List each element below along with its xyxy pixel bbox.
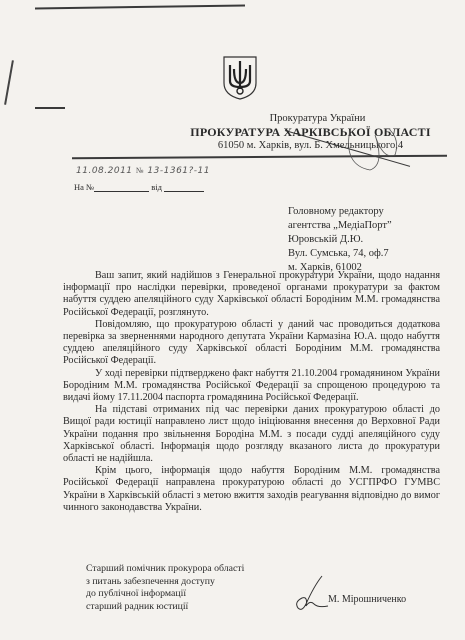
- signatory-title-line: з питань забезпечення доступу: [86, 576, 244, 589]
- body-paragraph: Ваш запит, який надійшов з Генеральної п…: [63, 270, 440, 319]
- scan-artifact-curls: [345, 125, 405, 175]
- letter-body: Ваш запит, який надійшов з Генеральної п…: [63, 270, 440, 514]
- addressee-block: Головному редактору агентства „МедіаПорт…: [288, 205, 392, 275]
- reference-number-blank: [94, 191, 149, 192]
- addressee-line: Вул. Сумська, 74, оф.7: [288, 247, 392, 261]
- body-paragraph: На підставі отриманих під час перевірки …: [63, 404, 440, 465]
- signatory-title-line: до публічної інформації: [86, 588, 244, 601]
- addressee-line: Юровській Д.Ю.: [288, 233, 392, 247]
- signatory-title-line: Старший помічник прокурора області: [86, 563, 244, 576]
- reference-number-label: На №: [74, 182, 94, 192]
- registration-number-label: №: [136, 166, 144, 175]
- signatory-name: М. Мірошниченко: [328, 594, 406, 605]
- header-org-parent: Прокуратура України: [85, 113, 465, 124]
- reference-from-label: від: [151, 182, 162, 192]
- body-paragraph: Крім цього, інформація щодо набуття Боро…: [63, 465, 440, 514]
- scan-artifact-mid-line: [35, 107, 65, 109]
- signatory-title-line: старший радник юстиції: [86, 601, 244, 614]
- header-address: 61050 м. Харків, вул. Б. Хмельницького,4: [78, 140, 465, 151]
- scan-artifact-left-edge: [4, 60, 13, 105]
- header-org-name: ПРОКУРАТУРА ХАРКІВСЬКОЇ ОБЛАСТІ: [78, 125, 465, 140]
- registration-number: 13-1361?-11: [147, 166, 210, 176]
- scan-artifact-top-line: [35, 5, 245, 10]
- registration-date: 11.08.2011: [76, 166, 133, 176]
- reference-date-blank: [164, 191, 204, 192]
- reference-line: На № від: [74, 182, 204, 192]
- body-paragraph: Повідомляю, що прокуратурою області у да…: [63, 319, 440, 368]
- ukraine-trident-emblem-icon: [222, 55, 258, 100]
- registration-stamp: 11.08.2011 № 13-1361?-11: [76, 166, 210, 176]
- addressee-line: Головному редактору: [288, 205, 392, 219]
- letter-page: Прокуратура України ПРОКУРАТУРА ХАРКІВСЬ…: [0, 0, 465, 640]
- body-paragraph: У ході перевірки підтверджено факт набут…: [63, 368, 440, 405]
- signatory-title: Старший помічник прокурора області з пит…: [86, 563, 244, 613]
- addressee-line: агентства „МедіаПорт”: [288, 219, 392, 233]
